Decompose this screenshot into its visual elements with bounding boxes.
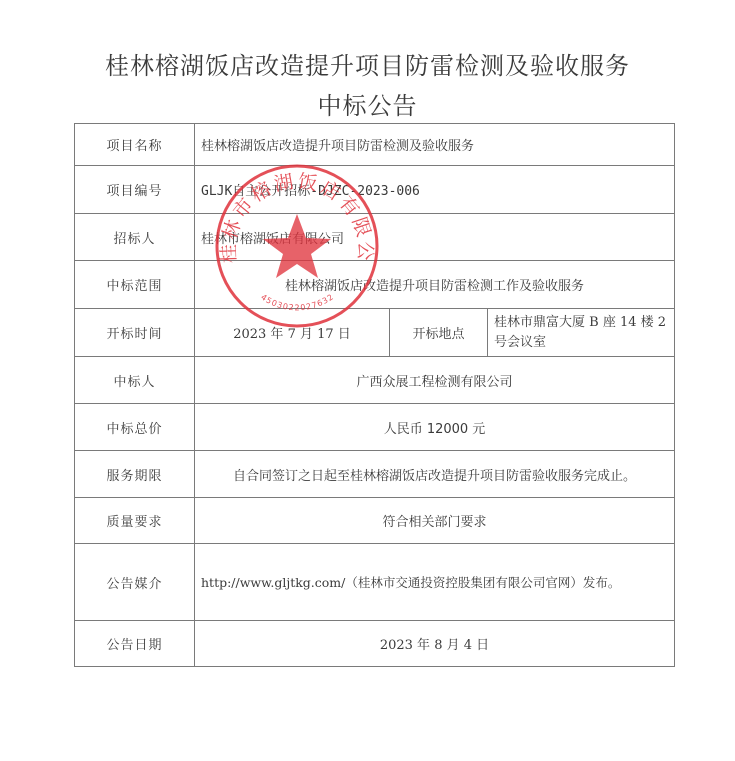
- value-media: http://www.gljtkg.com/（桂林市交通投资控股集团有限公司官网…: [195, 544, 675, 621]
- value-quality: 符合相关部门要求: [195, 498, 675, 544]
- value-total-price: 人民币 12000 元: [195, 404, 675, 451]
- label-project-number: 项目编号: [75, 166, 195, 214]
- value-project-name: 桂林榕湖饭店改造提升项目防雷检测及验收服务: [195, 124, 675, 166]
- value-announce-date: 2023 年 8 月 4 日: [195, 621, 675, 667]
- value-project-number: GLJK自主公开招标-DJZC-2023-006: [195, 166, 675, 214]
- table-row-service-period: 服务期限 自合同签订之日起至桂林榕湖饭店改造提升项目防雷验收服务完成止。: [75, 451, 675, 498]
- document-subtitle: 中标公告: [0, 86, 735, 121]
- value-opening-place: 桂林市鼎富大厦 B 座 14 楼 2 号会议室: [488, 309, 675, 357]
- value-tenderer: 桂林市榕湖饭店有限公司: [195, 214, 675, 261]
- table-row-project-name: 项目名称 桂林榕湖饭店改造提升项目防雷检测及验收服务: [75, 124, 675, 166]
- table-row-media: 公告媒介 http://www.gljtkg.com/（桂林市交通投资控股集团有…: [75, 544, 675, 621]
- label-tenderer: 招标人: [75, 214, 195, 261]
- label-opening-time: 开标时间: [75, 309, 195, 357]
- table-row-winner: 中标人 广西众展工程检测有限公司: [75, 357, 675, 404]
- label-service-period: 服务期限: [75, 451, 195, 498]
- label-total-price: 中标总价: [75, 404, 195, 451]
- table-row-total-price: 中标总价 人民币 12000 元: [75, 404, 675, 451]
- table-row-opening: 开标时间 2023 年 7 月 17 日 开标地点 桂林市鼎富大厦 B 座 14…: [75, 309, 675, 357]
- value-winner: 广西众展工程检测有限公司: [195, 357, 675, 404]
- table-row-tenderer: 招标人 桂林市榕湖饭店有限公司: [75, 214, 675, 261]
- table-row-award-scope: 中标范围 桂林榕湖饭店改造提升项目防雷检测工作及验收服务: [75, 261, 675, 309]
- label-award-scope: 中标范围: [75, 261, 195, 309]
- label-winner: 中标人: [75, 357, 195, 404]
- label-announce-date: 公告日期: [75, 621, 195, 667]
- label-project-name: 项目名称: [75, 124, 195, 166]
- table-row-announce-date: 公告日期 2023 年 8 月 4 日: [75, 621, 675, 667]
- label-media: 公告媒介: [75, 544, 195, 621]
- table-row-quality: 质量要求 符合相关部门要求: [75, 498, 675, 544]
- label-quality: 质量要求: [75, 498, 195, 544]
- award-notice-table: 项目名称 桂林榕湖饭店改造提升项目防雷检测及验收服务 项目编号 GLJK自主公开…: [74, 123, 675, 667]
- value-award-scope: 桂林榕湖饭店改造提升项目防雷检测工作及验收服务: [195, 261, 675, 309]
- value-service-period: 自合同签订之日起至桂林榕湖饭店改造提升项目防雷验收服务完成止。: [195, 451, 675, 498]
- document-title: 桂林榕湖饭店改造提升项目防雷检测及验收服务: [0, 46, 735, 81]
- table-row-project-number: 项目编号 GLJK自主公开招标-DJZC-2023-006: [75, 166, 675, 214]
- value-opening-time: 2023 年 7 月 17 日: [195, 309, 390, 357]
- label-opening-place: 开标地点: [390, 309, 488, 357]
